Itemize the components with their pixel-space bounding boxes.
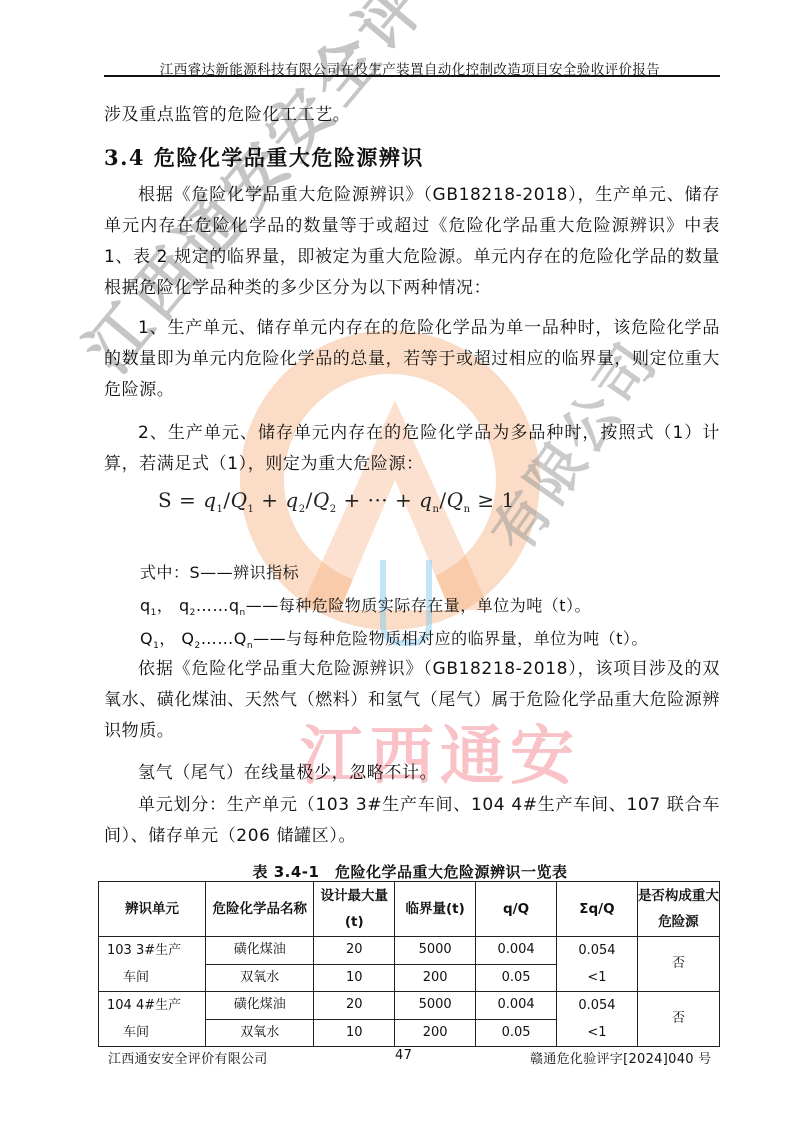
cell-chemical-name: 磺化煤油 [206, 937, 314, 965]
cell-sum-q-over-Q: 0.054<1 [557, 992, 638, 1047]
document-page: 江西通安安全评价 有限公司 江西通安 江西睿达新能源科技有限公司在役生产装置自动… [0, 0, 794, 1123]
table-row: 103 3#生产车间 磺化煤油 20 5000 0.004 0.054<1 否 [99, 937, 720, 965]
header-design-max: 设计最大量(t) [314, 882, 395, 937]
header-critical-quantity: 临界量(t) [395, 882, 476, 937]
cell-chemical-name: 双氧水 [206, 1019, 314, 1047]
cell-design-max: 10 [314, 1019, 395, 1047]
header-q-over-Q: q/Q [476, 882, 557, 937]
header-chemical-name: 危险化学品名称 [206, 882, 314, 937]
paragraph-1: 根据《危险化学品重大危险源辨识》（GB18218-2018），生产单元、储存单元… [104, 180, 720, 304]
header-is-major-hazard: 是否构成重大危险源 [637, 882, 719, 937]
cell-q-over-Q: 0.004 [476, 937, 557, 965]
table-header-row: 辨识单元 危险化学品名称 设计最大量(t) 临界量(t) q/Q Σq/Q 是否… [99, 882, 720, 937]
paragraph-6: 单元划分：生产单元（103 3#生产车间、104 4#生产车间、107 联合车间… [104, 790, 720, 852]
section-heading: 3.4 危险化学品重大危险源辨识 [104, 142, 424, 172]
formula-1: S = q1/Q1 + q2/Q2 + ··· + qn/Qn ≥ 1 [158, 488, 515, 515]
header-sum-q-over-Q: Σq/Q [557, 882, 638, 937]
table-caption: 表 3.4-1 危险化学品重大危险源辨识一览表 [100, 861, 720, 882]
footer-company: 江西通安安全评价有限公司 [108, 1048, 268, 1067]
cell-chemical-name: 双氧水 [206, 964, 314, 992]
cell-design-max: 20 [314, 992, 395, 1020]
cell-unit: 103 3#生产车间 [99, 937, 206, 992]
footer-page-number: 47 [395, 1048, 412, 1063]
formula-legend-Q: Q1， Q2……Qn——与每种危险物质相对应的临界量，单位为吨（t）。 [140, 626, 648, 651]
header-unit: 辨识单元 [99, 882, 206, 937]
cell-q-over-Q: 0.05 [476, 1019, 557, 1047]
paragraph-3: 2、生产单元、储存单元内存在的危险化学品为多品种时，按照式（1）计算，若满足式（… [104, 418, 720, 480]
cell-q-over-Q: 0.004 [476, 992, 557, 1020]
cell-design-max: 10 [314, 964, 395, 992]
cell-is-major-hazard: 否 [637, 937, 719, 992]
cell-critical-quantity: 5000 [395, 937, 476, 965]
header-divider [104, 75, 720, 77]
cell-chemical-name: 磺化煤油 [206, 992, 314, 1020]
cell-q-over-Q: 0.05 [476, 964, 557, 992]
footer-document-number: 赣通危化验评字[2024]040 号 [530, 1048, 712, 1067]
lead-line: 涉及重点监管的危险化工工艺。 [104, 100, 720, 131]
formula-legend-s: 式中：S——辨识指标 [140, 560, 299, 583]
hazard-identification-table: 辨识单元 危险化学品名称 设计最大量(t) 临界量(t) q/Q Σq/Q 是否… [98, 881, 720, 1047]
formula-legend-q: q1， q2……qn——每种危险物质实际存在量，单位为吨（t）。 [140, 593, 591, 618]
paragraph-2: 1、生产单元、储存单元内存在的危险化学品为单一品种时，该危险化学品的数量即为单元… [104, 313, 720, 406]
paragraph-5: 氢气（尾气）在线量极少，忽略不计。 [104, 758, 720, 789]
cell-critical-quantity: 200 [395, 964, 476, 992]
cell-sum-q-over-Q: 0.054<1 [557, 937, 638, 992]
table-row: 104 4#生产车间 磺化煤油 20 5000 0.004 0.054<1 否 [99, 992, 720, 1020]
paragraph-4: 依据《危险化学品重大危险源辨识》（GB18218-2018），该项目涉及的双氧水… [104, 654, 720, 747]
cell-unit: 104 4#生产车间 [99, 992, 206, 1047]
cell-critical-quantity: 200 [395, 1019, 476, 1047]
cell-is-major-hazard: 否 [637, 992, 719, 1047]
cell-design-max: 20 [314, 937, 395, 965]
cell-critical-quantity: 5000 [395, 992, 476, 1020]
